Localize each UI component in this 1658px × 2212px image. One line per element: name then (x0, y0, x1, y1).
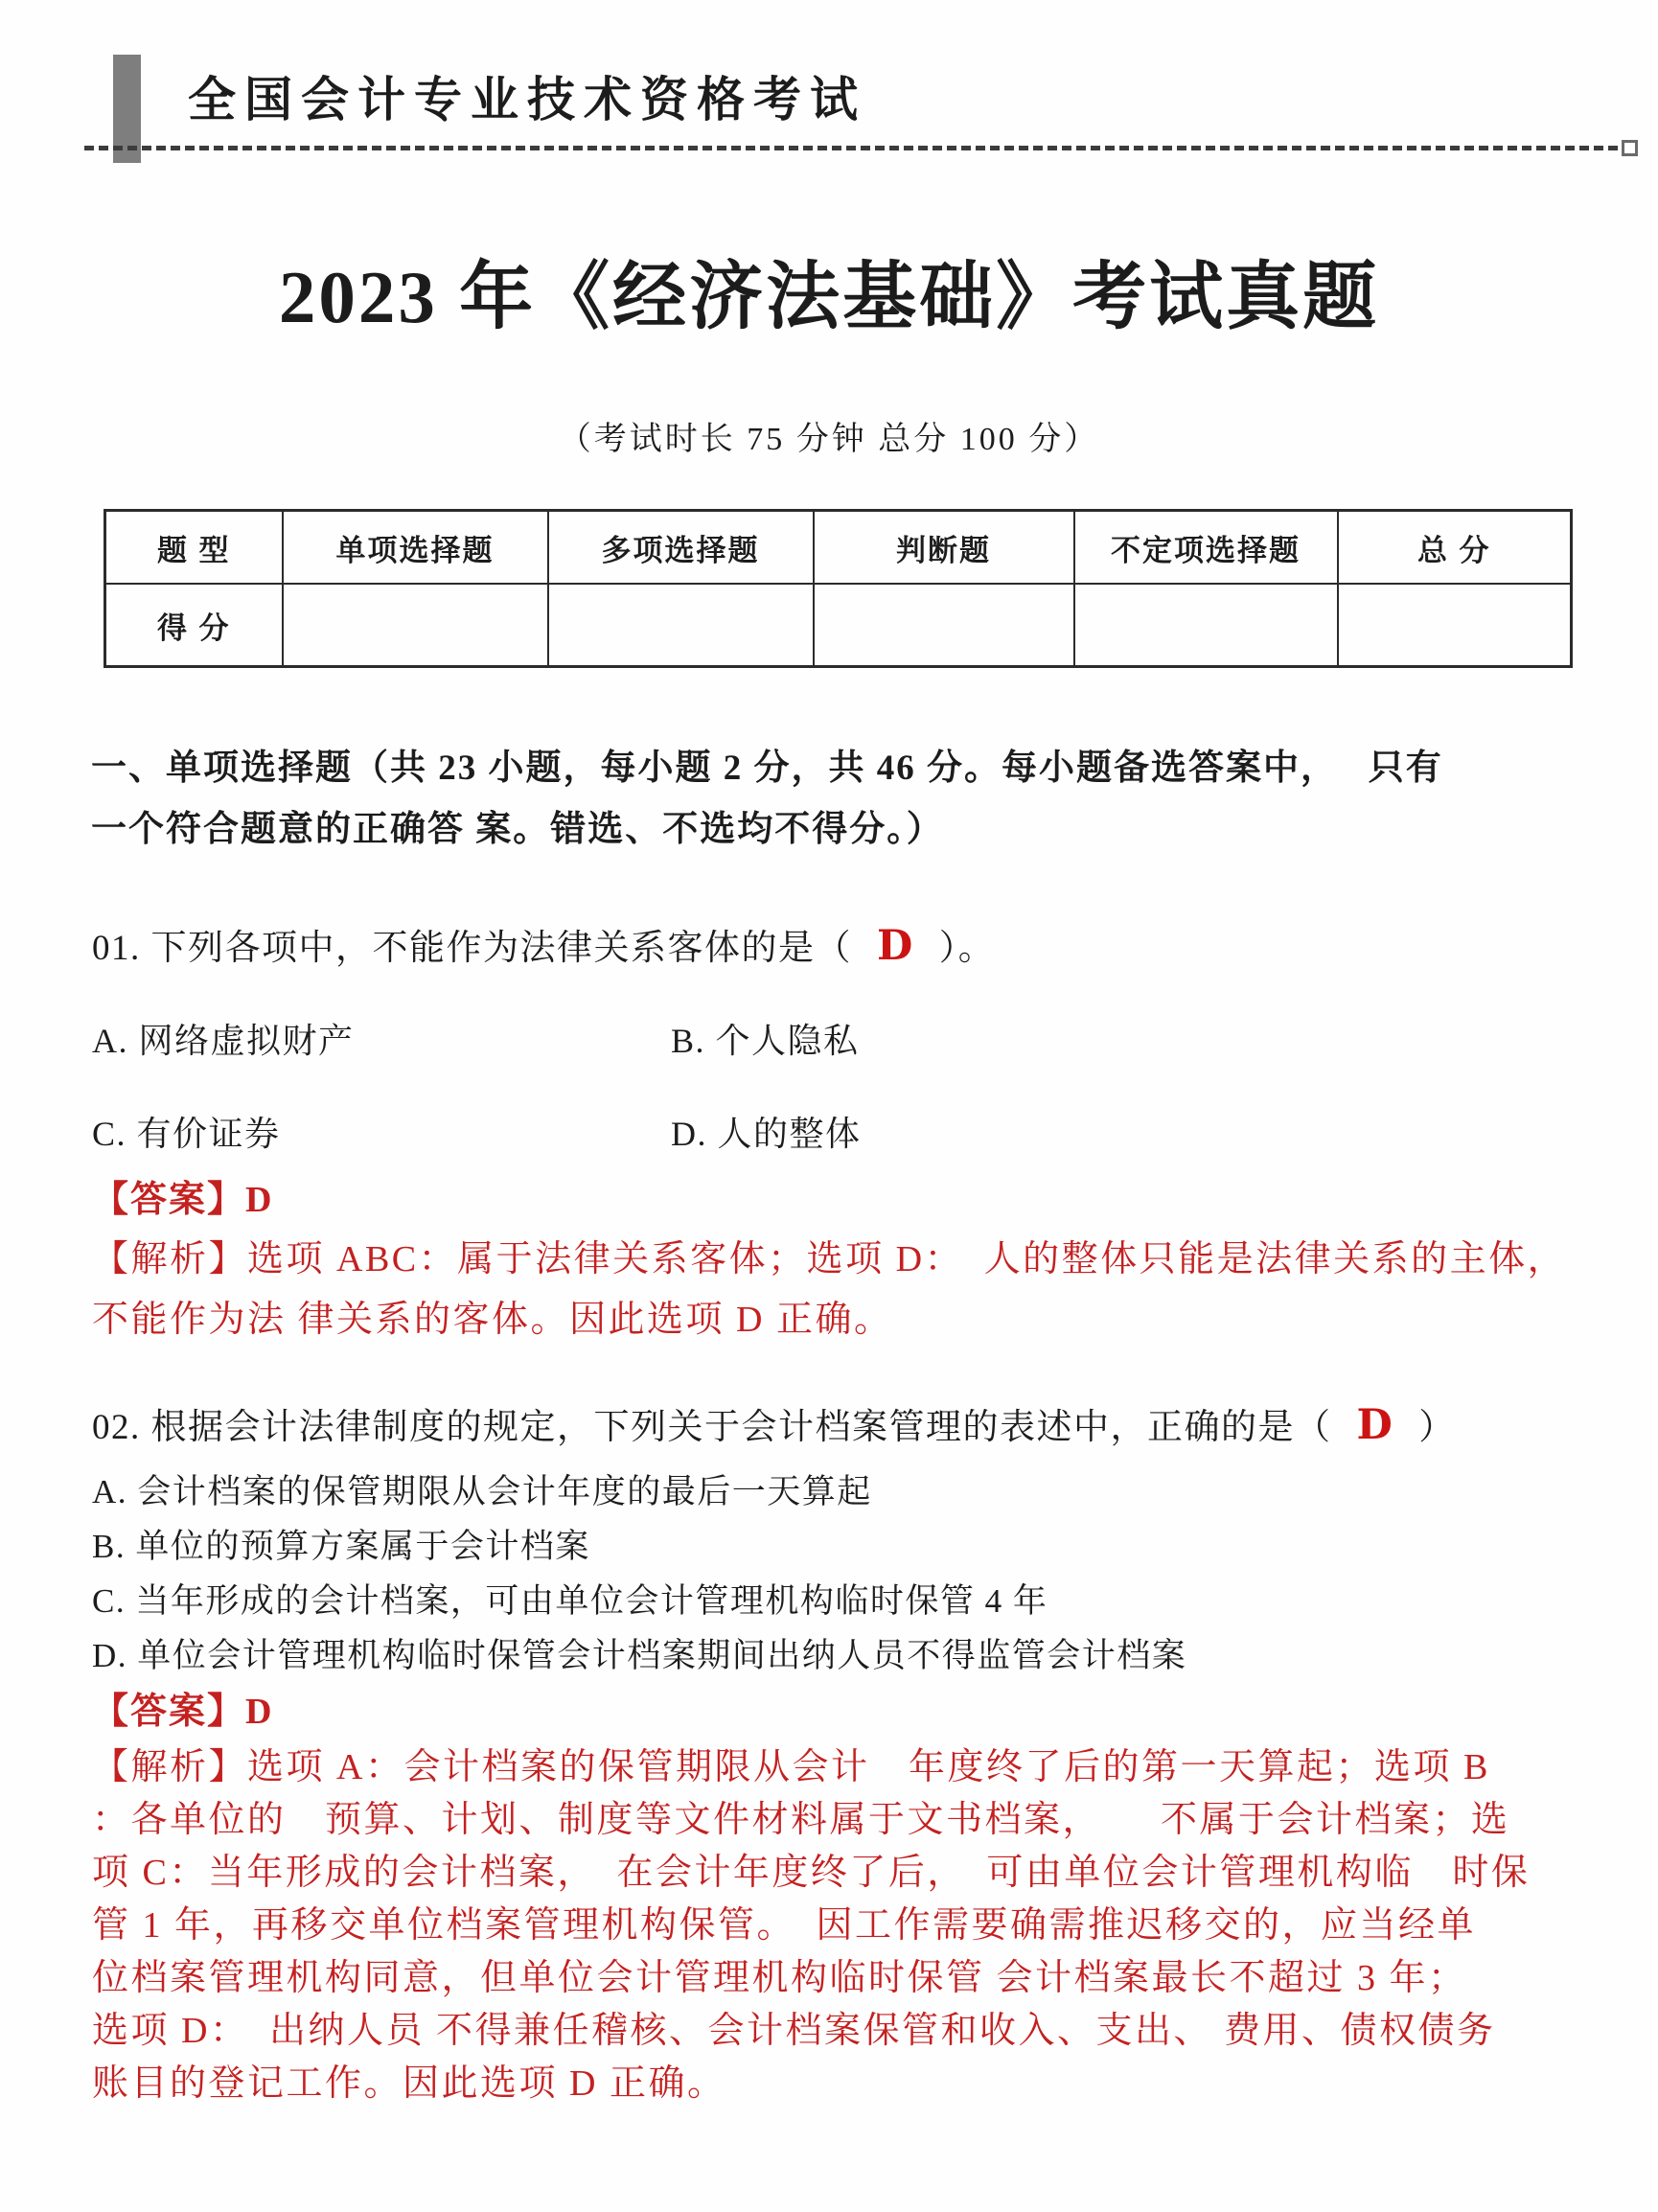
score-table-header-row: 题 型 单项选择题 多项选择题 判断题 不定项选择题 总 分 (105, 511, 1572, 585)
question-02-options: A. 会计档案的保管期限从会计年度的最后一天算起 B. 单位的预算方案属于会计档… (92, 1464, 1597, 1683)
question-01-stem-prefix: 01. 下列各项中，不能作为法律关系客体的是（ (92, 929, 852, 968)
option-item: C. 有价证券 (92, 1107, 671, 1156)
analysis-line: 【解析】选项 ABC：属于法律关系客体；选项 D： 人的整体只能是法律关系的主体… (92, 1230, 1566, 1290)
dashed-rule-end-square (1622, 140, 1638, 156)
dashed-rule (84, 116, 1618, 150)
question-01-options: A. 网络虚拟财产 B. 个人隐私 C. 有价证券 D. 人的整体 (92, 1014, 1597, 1156)
analysis-line: 【解析】选项 A：会计档案的保管期限从会计 年度终了后的第一天算起；选项 B (92, 1741, 1530, 1794)
question-02-stem-prefix: 02. 根据会计法律制度的规定，下列关于会计档案管理的表述中，正确的是（ (92, 1408, 1332, 1447)
question-01-answer-line: 【答案】D (92, 1169, 273, 1222)
section-intro-line: 一、单项选择题（共 23 小题，每小题 2 分，共 46 分。每小题备选答案中，… (91, 738, 1596, 799)
section-one-intro: 一、单项选择题（共 23 小题，每小题 2 分，共 46 分。每小题备选答案中，… (91, 738, 1596, 861)
option-item: D. 人的整体 (671, 1107, 1597, 1156)
question-01-inline-answer: D (852, 922, 939, 970)
analysis-line: 账目的登记工作。因此选项 D 正确。 (92, 2058, 1530, 2110)
score-cell (814, 584, 1074, 667)
question-02-stem-suffix: ） (1418, 1408, 1456, 1447)
question-02-stem: 02. 根据会计法律制度的规定，下列关于会计档案管理的表述中，正确的是（D） (92, 1397, 1597, 1449)
table-header-multi-choice: 多项选择题 (548, 511, 814, 585)
score-cell (548, 584, 814, 667)
table-header-total: 总 分 (1338, 511, 1572, 585)
table-header-single-choice: 单项选择题 (283, 511, 548, 585)
score-cell (1338, 584, 1572, 667)
exam-document-page: 全国会计专业技术资格考试 2023 年《经济法基础》考试真题 （考试时长 75 … (0, 0, 1658, 2212)
table-header-question-type: 题 型 (105, 511, 283, 585)
option-item: A. 会计档案的保管期限从会计年度的最后一天算起 (92, 1464, 1597, 1519)
question-02: 02. 根据会计法律制度的规定，下列关于会计档案管理的表述中，正确的是（D） A… (92, 1397, 1597, 1683)
question-01-stem: 01. 下列各项中，不能作为法律关系客体的是（D）。 (92, 918, 1597, 970)
score-table: 题 型 单项选择题 多项选择题 判断题 不定项选择题 总 分 得 分 (104, 509, 1573, 668)
section-intro-line: 一个符合题意的正确答 案。错选、不选均不得分。） (91, 799, 1596, 861)
analysis-line: 选项 D： 出纳人员 不得兼任稽核、会计档案保管和收入、支出、 费用、债权债务 (92, 2005, 1530, 2058)
option-item: B. 单位的预算方案属于会计档案 (92, 1519, 1597, 1574)
option-item: B. 个人隐私 (671, 1014, 1597, 1063)
analysis-line: 位档案管理机构同意，但单位会计管理机构临时保管 会计档案最长不超过 3 年； (92, 1952, 1530, 2005)
score-cell (1074, 584, 1338, 667)
doc-title: 2023 年《经济法基础》考试真题 (0, 238, 1658, 344)
question-02-analysis: 【解析】选项 A：会计档案的保管期限从会计 年度终了后的第一天算起；选项 B ：… (92, 1741, 1530, 2110)
score-row-label: 得 分 (105, 584, 283, 667)
option-item: C. 当年形成的会计档案，可由单位会计管理机构临时保管 4 年 (92, 1574, 1597, 1628)
option-item: A. 网络虚拟财产 (92, 1014, 671, 1063)
doc-subtitle: （考试时长 75 分钟 总分 100 分） (0, 412, 1658, 459)
analysis-line: 不能作为法 律关系的客体。因此选项 D 正确。 (92, 1290, 1566, 1350)
option-item: D. 单位会计管理机构临时保管会计档案期间出纳人员不得监管会计档案 (92, 1628, 1597, 1683)
question-01-stem-suffix: ）。 (939, 929, 996, 968)
table-header-true-false: 判断题 (814, 511, 1074, 585)
question-01: 01. 下列各项中，不能作为法律关系客体的是（D）。 A. 网络虚拟财产 B. … (92, 918, 1597, 1156)
analysis-line: 管 1 年，再移交单位档案管理机构保管。 因工作需要确需推迟移交的，应当经单 (92, 1900, 1530, 1952)
question-02-answer-line: 【答案】D (92, 1681, 273, 1734)
score-cell (283, 584, 548, 667)
table-header-indefinite-choice: 不定项选择题 (1074, 511, 1338, 585)
score-table-score-row: 得 分 (105, 584, 1572, 667)
question-02-inline-answer: D (1332, 1401, 1419, 1449)
question-01-analysis: 【解析】选项 ABC：属于法律关系客体；选项 D： 人的整体只能是法律关系的主体… (92, 1230, 1566, 1350)
analysis-line: 项 C：当年形成的会计档案， 在会计年度终了后， 可由单位会计管理机构临 时保 (92, 1847, 1530, 1900)
analysis-line: ：各单位的 预算、计划、制度等文件材料属于文书档案， 不属于会计档案；选 (92, 1794, 1530, 1847)
